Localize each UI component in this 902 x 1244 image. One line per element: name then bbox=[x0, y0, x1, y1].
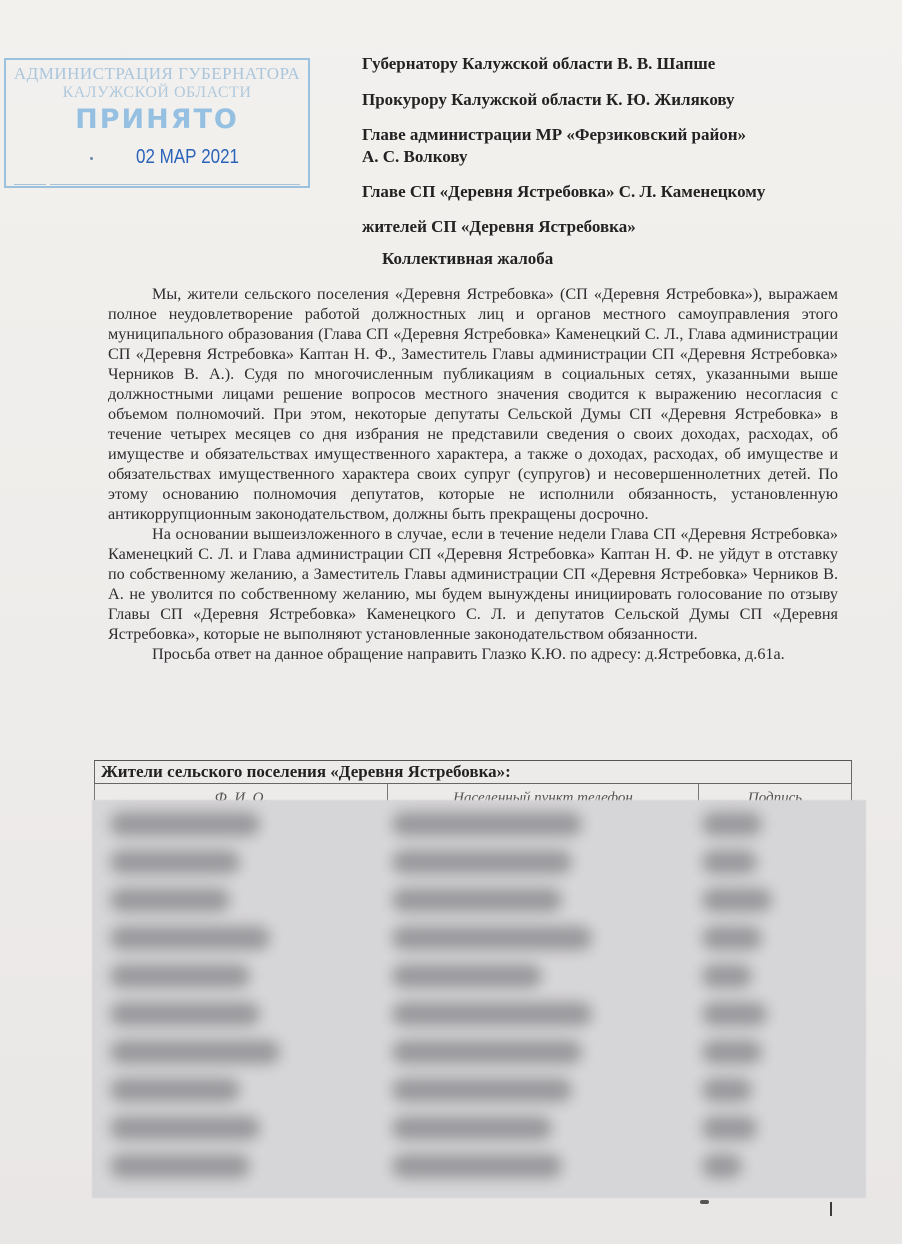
blurred-cell bbox=[110, 964, 250, 988]
stamp-org-line2: КАЛУЖСКОЙ ОБЛАСТИ bbox=[6, 84, 308, 102]
stamp-rule bbox=[50, 184, 300, 185]
blurred-cell bbox=[702, 812, 762, 836]
stamp-date: 02 МАР 2021 bbox=[136, 146, 239, 169]
stamp-status: ПРИНЯТО bbox=[6, 104, 308, 135]
addressee-governor: Губернатору Калужской области В. В. Шапш… bbox=[362, 53, 715, 74]
blurred-cell bbox=[702, 1002, 767, 1026]
addressee-village-head: Главе СП «Деревня Ястребовка» С. Л. Каме… bbox=[362, 181, 765, 202]
blurred-cell bbox=[392, 1116, 552, 1140]
blurred-cell bbox=[392, 964, 542, 988]
blurred-cell bbox=[702, 926, 762, 950]
blurred-signature-rows bbox=[92, 800, 866, 1198]
blurred-cell bbox=[702, 1154, 742, 1178]
paragraph-1: Мы, жители сельского поселения «Деревня … bbox=[108, 284, 838, 524]
blurred-cell bbox=[702, 964, 752, 988]
scan-mark bbox=[700, 1200, 709, 1204]
addressee-district-head-name: А. С. Волкову bbox=[362, 146, 467, 167]
sender-line: жителей СП «Деревня Ястребовка» bbox=[362, 216, 636, 237]
blurred-cell bbox=[702, 850, 757, 874]
blurred-cell bbox=[392, 888, 562, 912]
blurred-cell bbox=[110, 1040, 280, 1064]
stamp-org-line1: АДМИНИСТРАЦИЯ ГУБЕРНАТОРА bbox=[6, 64, 308, 84]
blurred-cell bbox=[392, 1078, 572, 1102]
received-stamp: АДМИНИСТРАЦИЯ ГУБЕРНАТОРА КАЛУЖСКОЙ ОБЛА… bbox=[4, 58, 310, 188]
stamp-dot bbox=[90, 157, 93, 160]
blurred-cell bbox=[110, 1154, 250, 1178]
blurred-cell bbox=[392, 1002, 592, 1026]
paragraph-2: На основании вышеизложенного в случае, е… bbox=[108, 524, 838, 644]
blurred-cell bbox=[702, 888, 772, 912]
scanned-page: АДМИНИСТРАЦИЯ ГУБЕРНАТОРА КАЛУЖСКОЙ ОБЛА… bbox=[0, 0, 902, 1244]
blurred-cell bbox=[392, 850, 572, 874]
blurred-cell bbox=[110, 1116, 260, 1140]
blurred-cell bbox=[392, 926, 592, 950]
blurred-cell bbox=[392, 812, 582, 836]
document-title: Коллективная жалоба bbox=[382, 249, 553, 269]
blurred-cell bbox=[110, 812, 260, 836]
letter-body: Мы, жители сельского поселения «Деревня … bbox=[108, 284, 838, 664]
blurred-cell bbox=[392, 1040, 582, 1064]
blurred-cell bbox=[702, 1116, 757, 1140]
blurred-cell bbox=[110, 1002, 260, 1026]
blurred-cell bbox=[392, 1154, 562, 1178]
blurred-cell bbox=[110, 850, 240, 874]
page-number-mark bbox=[830, 1202, 832, 1216]
blurred-cell bbox=[110, 1078, 240, 1102]
addressee-prosecutor: Прокурору Калужской области К. Ю. Жиляко… bbox=[362, 89, 735, 110]
blurred-cell bbox=[702, 1078, 752, 1102]
blurred-cell bbox=[702, 1040, 762, 1064]
blurred-cell bbox=[110, 926, 270, 950]
paragraph-3: Просьба ответ на данное обращение направ… bbox=[108, 644, 838, 664]
signature-table-title: Жители сельского поселения «Деревня Ястр… bbox=[94, 760, 852, 784]
addressee-district-head: Главе администрации МР «Ферзиковский рай… bbox=[362, 124, 746, 145]
blurred-cell bbox=[110, 888, 230, 912]
stamp-rule-left bbox=[14, 184, 46, 185]
